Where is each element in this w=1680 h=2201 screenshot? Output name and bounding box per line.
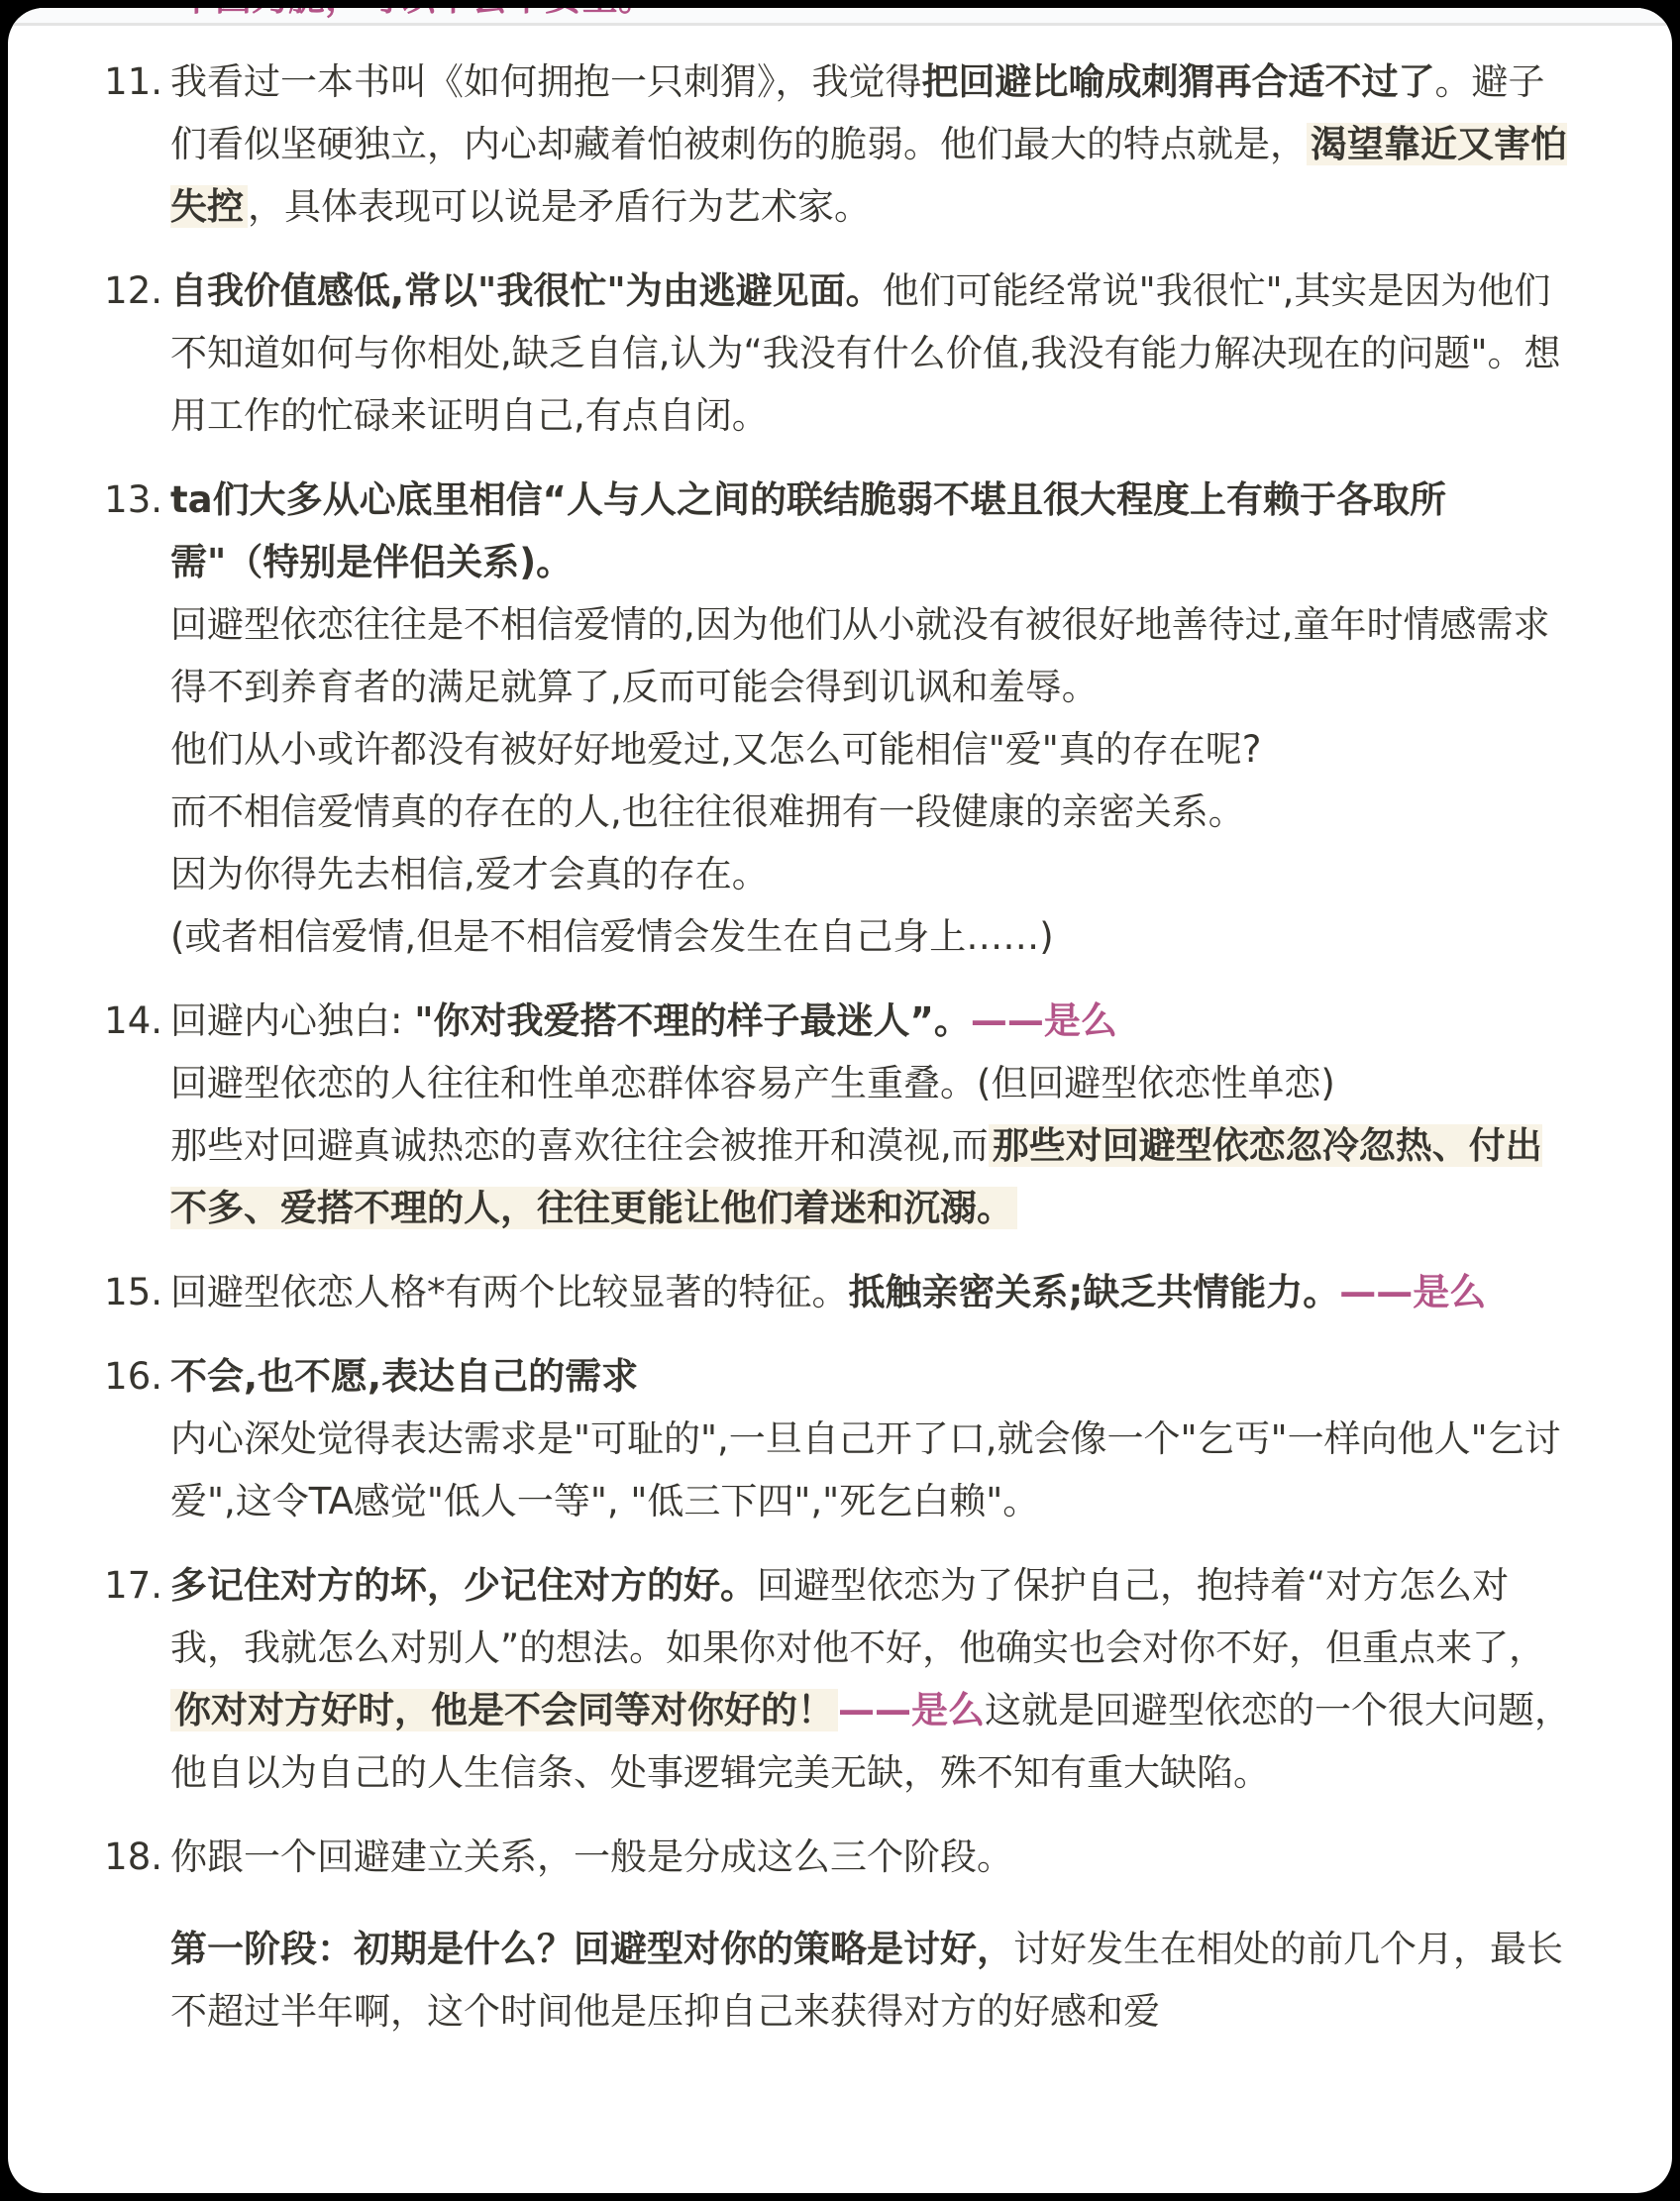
list-number: 16. <box>97 1345 162 1408</box>
list-item-18: 18. 你跟一个回避建立关系，一般是分成这么三个阶段。 第一阶段：初期是什么？回… <box>8 1826 1672 2043</box>
document-window: 个因为脆，可以不会不安全。 11. 我看过一本书叫《如何拥抱一只刺猬》，我觉得把… <box>8 8 1672 2193</box>
list-item-12: 12. 自我价值感低,常以"我很忙"为由逃避见面。他们可能经常说"我很忙",其实… <box>8 260 1672 447</box>
list-number: 12. <box>97 260 162 322</box>
list-number: 14. <box>97 990 162 1052</box>
list-item-15: 15. 回避型依恋人格*有两个比较显著的特征。抵触亲密关系;缺乏共情能力。——是… <box>8 1261 1672 1323</box>
list-number: 17. <box>97 1554 162 1617</box>
list-item-11: 11. 我看过一本书叫《如何拥抱一只刺猬》，我觉得把回避比喻成刺猬再合适不过了。… <box>8 51 1672 238</box>
cutoff-pink-text: 个因为脆，可以不会不安全。 <box>8 8 1672 29</box>
document-content: 个因为脆，可以不会不安全。 11. 我看过一本书叫《如何拥抱一只刺猬》，我觉得把… <box>8 8 1672 2043</box>
list-number: 15. <box>97 1261 162 1323</box>
list-item-16: 16. 不会,也不愿,表达自己的需求 内心深处觉得表达需求是"可耻的",一旦自己… <box>8 1345 1672 1532</box>
pink-annotation: ——是么 <box>838 1689 985 1731</box>
list-item-17: 17. 多记住对方的坏，少记住对方的好。回避型依恋为了保护自己，抱持着“对方怎么… <box>8 1554 1672 1804</box>
pink-annotation: ——是么 <box>971 999 1117 1042</box>
list-number: 11. <box>97 51 162 113</box>
highlighted-text: 你对对方好时，他是不会同等对你好的！ <box>170 1689 838 1731</box>
list-item-13: 13. ta们大多从心底里相信“人与人之间的联结脆弱不堪且很大程度上有赖于各取所… <box>8 469 1672 968</box>
list-number: 18. <box>97 1826 162 1888</box>
pink-annotation: ——是么 <box>1339 1271 1486 1313</box>
list-item-14: 14. 回避内心独白: "你对我爱搭不理的样子最迷人”。——是么 回避型依恋的人… <box>8 990 1672 1239</box>
list-number: 13. <box>97 469 162 531</box>
